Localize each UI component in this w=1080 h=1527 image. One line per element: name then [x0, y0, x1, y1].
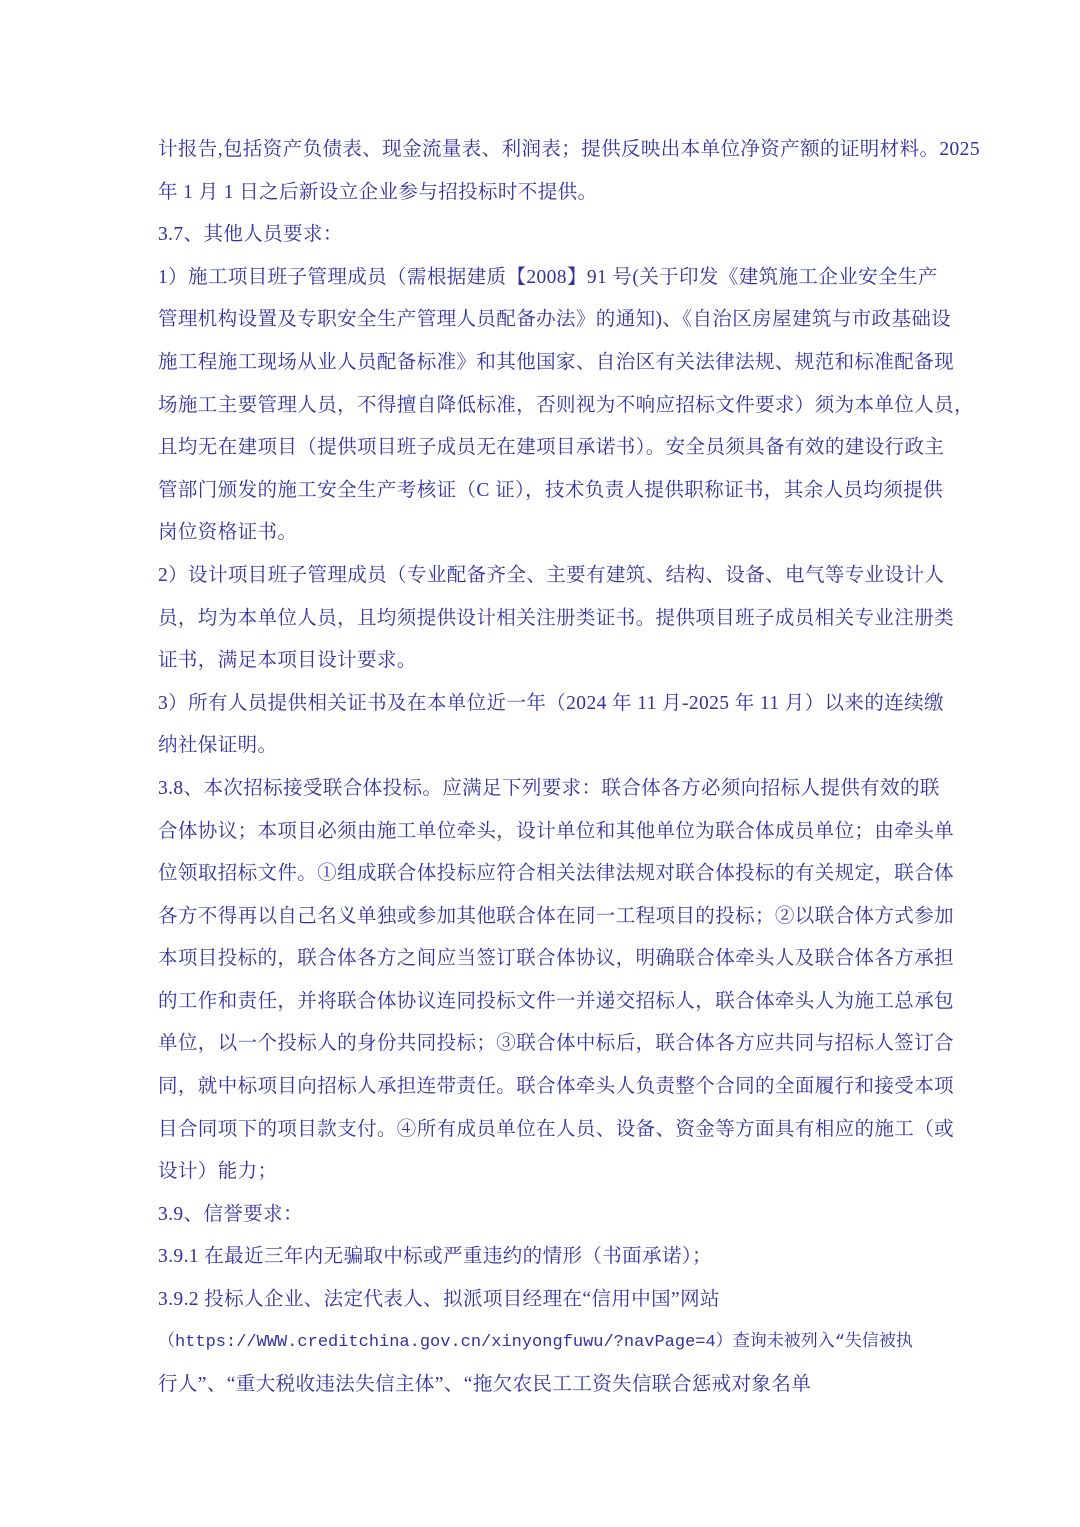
- document-line: 3.9、信誉要求：: [158, 1194, 948, 1237]
- document-line: 位领取招标文件。①组成联合体投标应符合相关法律法规对联合体投标的有关规定，联合体: [158, 853, 948, 896]
- document-line: 管理机构设置及专职安全生产管理人员配备办法》的通知)、《自治区房屋建筑与市政基础…: [158, 299, 948, 342]
- document-line: 本项目投标的，联合体各方之间应当签订联合体协议，明确联合体牵头人及联合体各方承担: [158, 938, 948, 981]
- document-line: 施工程施工现场从业人员配备标准》和其他国家、自治区有关法律法规、规范和标准配备现: [158, 342, 948, 385]
- document-line: 合体协议；本项目必须由施工单位牵头，设计单位和其他单位为联合体成员单位；由牵头单: [158, 811, 948, 854]
- document-page: 计报告,包括资产负债表、现金流量表、利润表；提供反映出本单位净资产额的证明材料。…: [0, 0, 1080, 1527]
- document-line: 3.9.1 在最近三年内无骗取中标或严重违约的情形（书面承诺）；: [158, 1236, 948, 1279]
- document-line: 设计）能力；: [158, 1151, 948, 1194]
- document-line: 同，就中标项目向招标人承担连带责任。联合体牵头人负责整个合同的全面履行和接受本项: [158, 1066, 948, 1109]
- document-line: 证书，满足本项目设计要求。: [158, 640, 948, 683]
- document-line: 员，均为本单位人员，且均须提供设计相关注册类证书。提供项目班子成员相关专业注册类: [158, 598, 948, 641]
- document-line: 年 1 月 1 日之后新设立企业参与招投标时不提供。: [158, 172, 948, 215]
- document-line: 各方不得再以自己名义单独或参加其他联合体在同一工程项目的投标；②以联合体方式参加: [158, 896, 948, 939]
- document-line: 的工作和责任，并将联合体协议连同投标文件一并递交招标人，联合体牵头人为施工总承包: [158, 981, 948, 1024]
- document-line: 1）施工项目班子管理成员（需根据建质【2008】91 号(关于印发《建筑施工企业…: [158, 257, 948, 300]
- document-line: 目合同项下的项目款支付。④所有成员单位在人员、设备、资金等方面具有相应的施工（或: [158, 1109, 948, 1152]
- document-line: （https://WWW.creditchina.gov.cn/xinyongf…: [158, 1322, 948, 1365]
- document-body: 计报告,包括资产负债表、现金流量表、利润表；提供反映出本单位净资产额的证明材料。…: [158, 129, 948, 1407]
- document-line: 3.8、本次招标接受联合体投标。应满足下列要求：联合体各方必须向招标人提供有效的…: [158, 768, 948, 811]
- document-line: 纳社保证明。: [158, 725, 948, 768]
- document-line: 3）所有人员提供相关证书及在本单位近一年（2024 年 11 月-2025 年 …: [158, 683, 948, 726]
- document-line: 计报告,包括资产负债表、现金流量表、利润表；提供反映出本单位净资产额的证明材料。…: [158, 129, 948, 172]
- document-line: 3.7、其他人员要求：: [158, 214, 948, 257]
- document-line: 管部门颁发的施工安全生产考核证（C 证），技术负责人提供职称证书，其余人员均须提…: [158, 470, 948, 513]
- document-line: 且均无在建项目（提供项目班子成员无在建项目承诺书）。安全员须具备有效的建设行政主: [158, 427, 948, 470]
- document-line: 单位，以一个投标人的身份共同投标；③联合体中标后，联合体各方应共同与招标人签订合: [158, 1023, 948, 1066]
- document-line: 2）设计项目班子管理成员（专业配备齐全、主要有建筑、结构、设备、电气等专业设计人: [158, 555, 948, 598]
- document-line: 行人”、“重大税收违法失信主体”、“拖欠农民工工资失信联合惩戒对象名单: [158, 1364, 948, 1407]
- document-line: 岗位资格证书。: [158, 512, 948, 555]
- document-line: 场施工主要管理人员，不得擅自降低标准，否则视为不响应招标文件要求）须为本单位人员…: [158, 385, 948, 428]
- document-line: 3.9.2 投标人企业、法定代表人、拟派项目经理在“信用中国”网站: [158, 1279, 948, 1322]
